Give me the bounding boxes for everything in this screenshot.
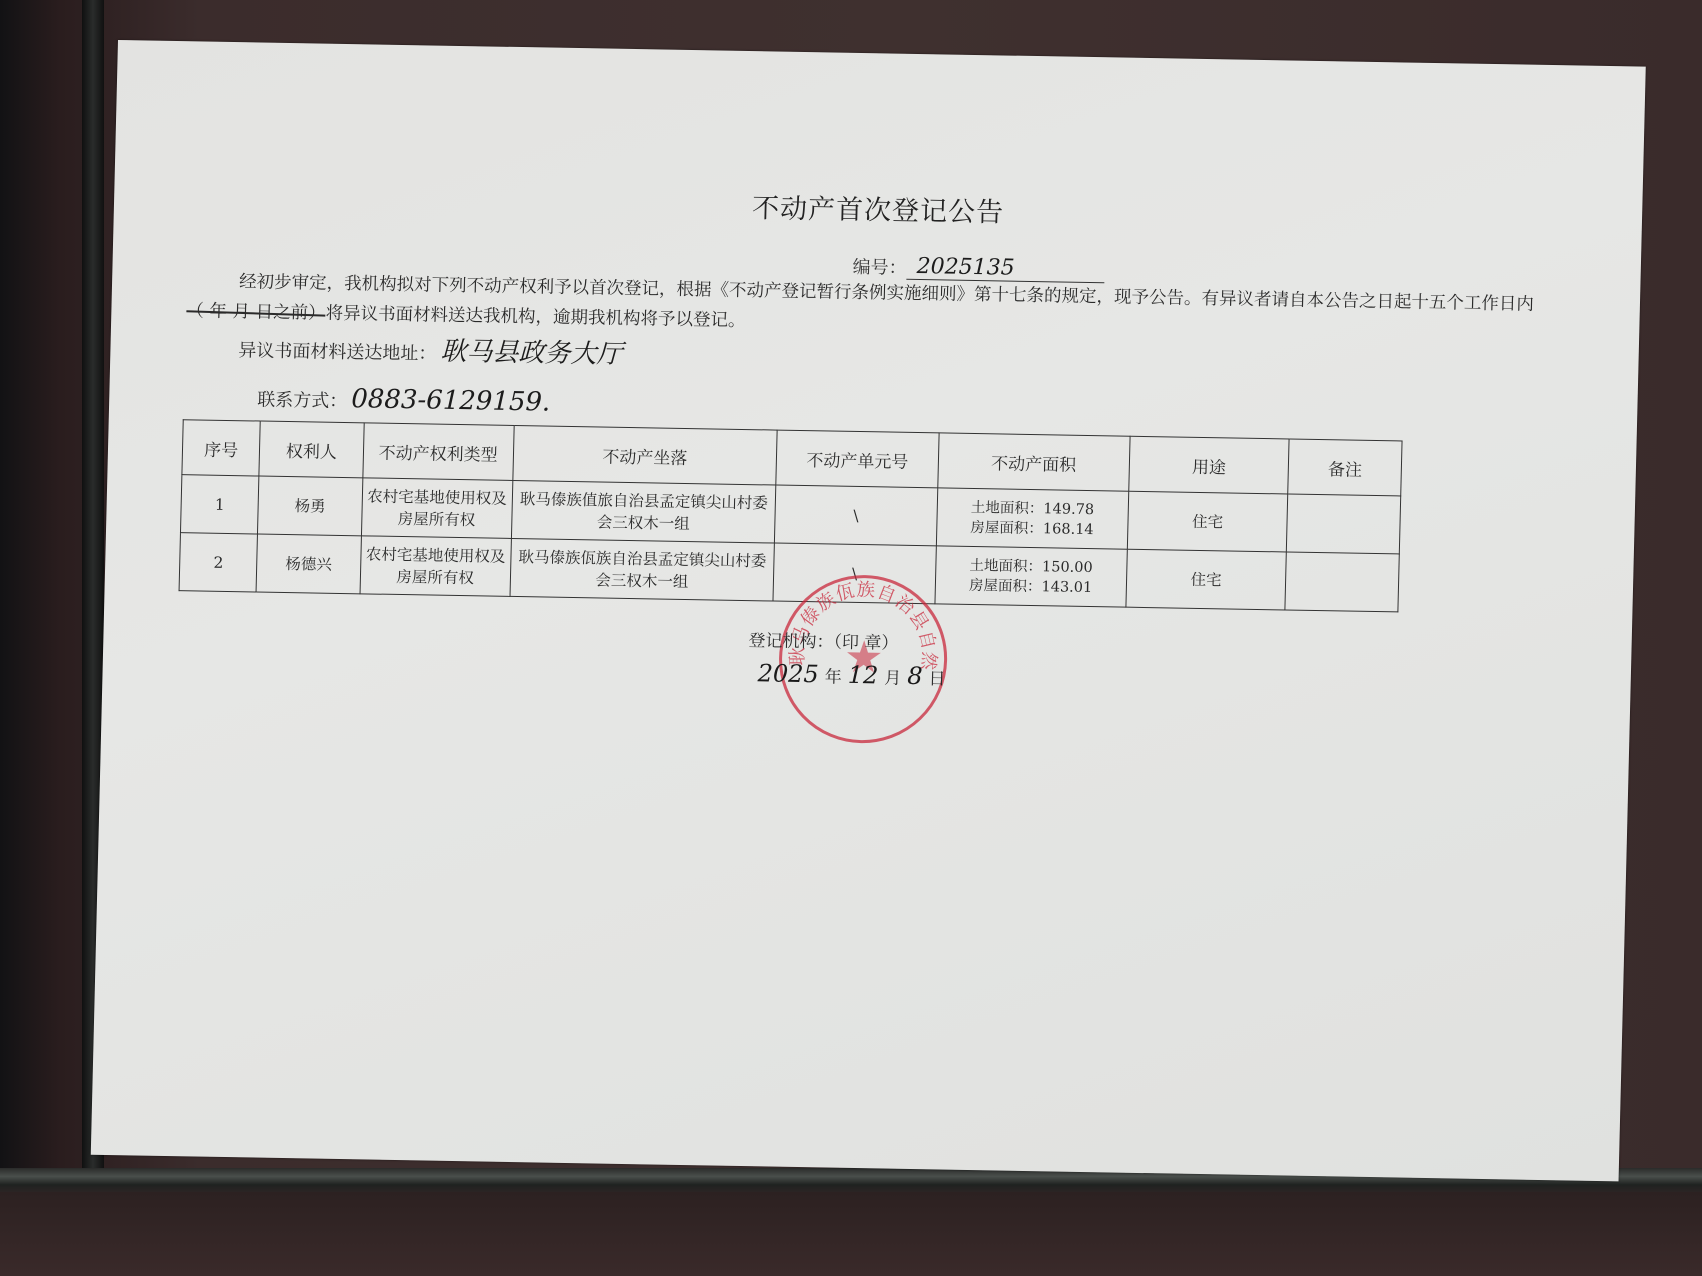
house-area: 房屋面积：143.01 (939, 575, 1122, 598)
cell-location: 耿马傣族佤族自治县孟定镇尖山村委会三权木一组 (510, 538, 775, 601)
header-area: 不动产面积 (937, 433, 1130, 491)
cell-area: 土地面积：150.00 房屋面积：143.01 (934, 546, 1127, 607)
serial-label: 编号： (852, 253, 907, 280)
cell-area: 土地面积：149.78 房屋面积：168.14 (936, 488, 1129, 549)
registration-authority: 登记机构：（印 章） (748, 626, 898, 654)
header-owner: 权利人 (259, 421, 364, 478)
contact-label: 联系方式： (257, 389, 347, 412)
date-year: 2025 (757, 659, 819, 688)
date-year-suffix: 年 (824, 662, 842, 687)
header-usage: 用途 (1129, 436, 1290, 494)
cell-no: 2 (179, 533, 258, 592)
cell-right-type: 农村宅基地使用权及房屋所有权 (360, 536, 511, 597)
cell-unit-no: \ (775, 485, 938, 546)
header-no: 序号 (182, 420, 261, 476)
objection-address: 异议书面材料送达地址：耿马县政务大厅 (238, 327, 623, 371)
document-title: 不动产首次登记公告 (114, 175, 1643, 241)
date-day: 8 (907, 662, 923, 690)
notice-text-part2: 将异议书面材料送达我机构，逾期我机构将予以登记。 (325, 304, 745, 331)
desk-surface (0, 1192, 1702, 1276)
cell-usage: 住宅 (1127, 491, 1288, 552)
house-area: 房屋面积：168.14 (941, 517, 1124, 540)
header-location: 不动产坐落 (512, 425, 777, 485)
header-right-type: 不动产权利类型 (363, 423, 514, 481)
contact-value: 0883-6129159. (351, 384, 551, 417)
date-month: 12 (847, 661, 878, 690)
cell-remark (1285, 552, 1399, 612)
cell-no: 1 (180, 475, 259, 534)
cell-remark (1287, 494, 1401, 554)
cell-owner: 杨勇 (258, 476, 363, 536)
cell-usage: 住宅 (1126, 549, 1287, 610)
objection-address-value: 耿马县政务大厅 (440, 337, 623, 370)
date-day-suffix: 日 (928, 664, 946, 689)
header-remark: 备注 (1288, 439, 1402, 496)
document-paper: 不动产首次登记公告 编号： 2025135 经初步审定，我机构拟对下列不动产权利… (91, 40, 1646, 1181)
cell-right-type: 农村宅基地使用权及房屋所有权 (361, 478, 512, 539)
date-month-suffix: 月 (884, 663, 902, 688)
contact-info: 联系方式：0883-6129159. (257, 382, 551, 417)
header-unit-no: 不动产单元号 (776, 430, 938, 488)
objection-address-label: 异议书面材料送达地址： (238, 340, 436, 364)
announcement-date: 2025 年 12 月 8 日 (757, 659, 946, 690)
cell-location: 耿马傣族值旅自治县孟定镇尖山村委会三权木一组 (511, 480, 776, 543)
cell-owner: 杨德兴 (256, 534, 361, 594)
struck-deadline: （ 年 月 日之前） (186, 301, 326, 323)
